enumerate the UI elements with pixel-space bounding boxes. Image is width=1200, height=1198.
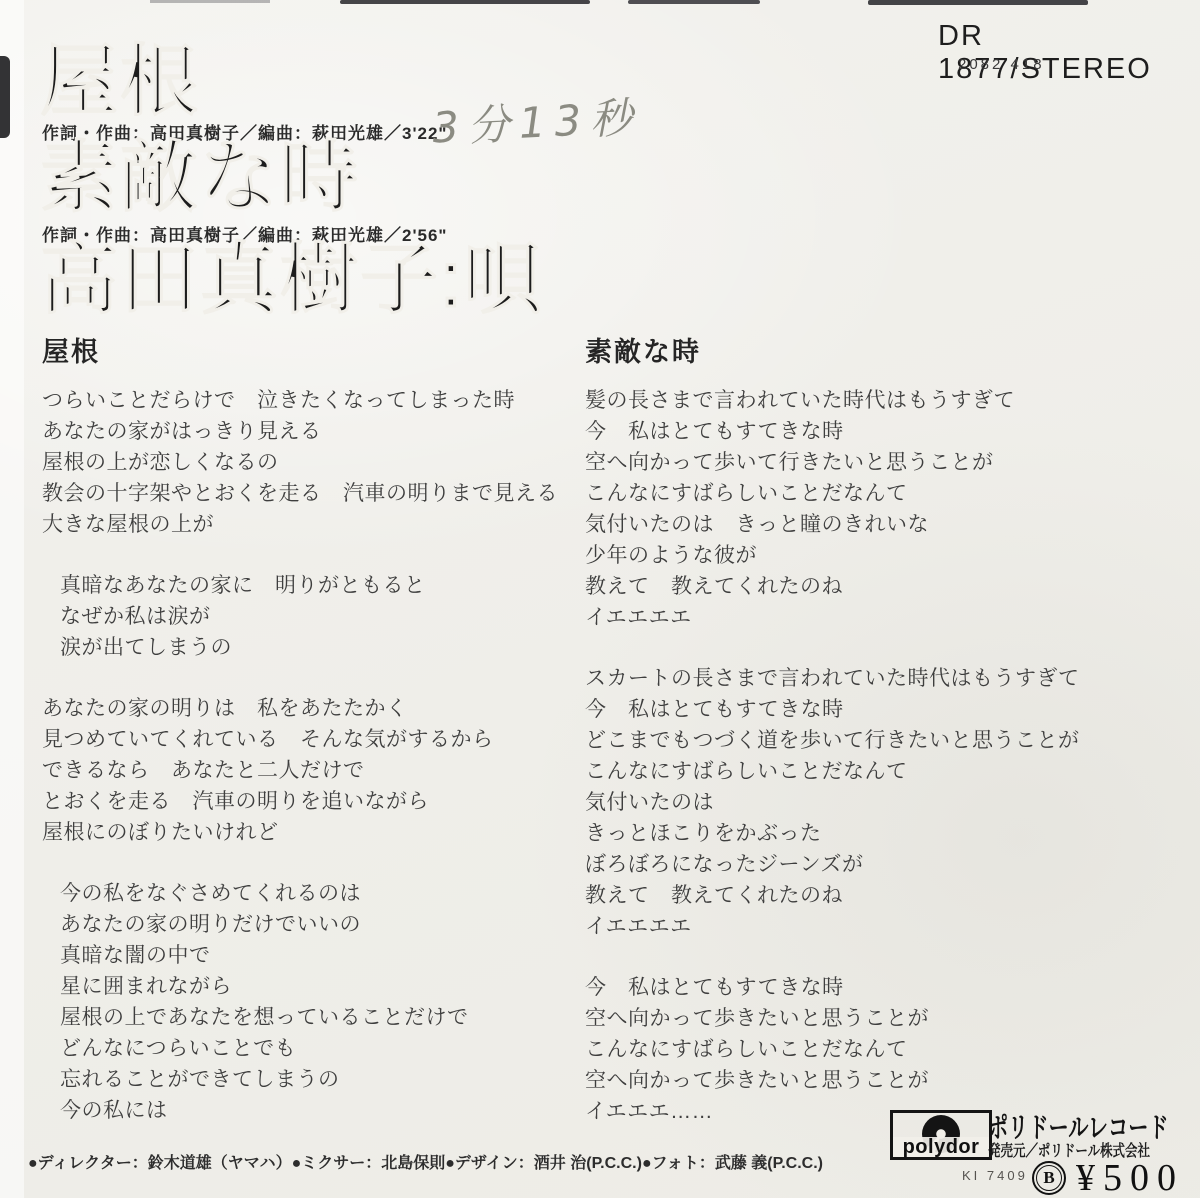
lyric-line: 真暗な闇の中で — [60, 940, 572, 971]
lyric-line: 屋根の上であなたを想っていることだけで — [60, 1002, 572, 1033]
lyric-line: こんなにすばらしいことだなんて — [585, 478, 1175, 509]
scan-edge-artifact — [868, 0, 1088, 5]
lyric-line: 教会の十字架やとおくを走る 汽車の明りまで見える — [42, 478, 572, 509]
polydor-logo: polydor — [890, 1110, 992, 1160]
lyric-line: なぜか私は涙が — [60, 601, 572, 632]
circled-b-price-mark: B — [1032, 1161, 1066, 1195]
price-mark-letter: B — [1036, 1165, 1062, 1191]
lyric-line: スカートの長さまで言われていた時代はもうすぎて — [585, 663, 1175, 694]
lyric-line: 大きな屋根の上が — [42, 509, 572, 540]
artist-vocal-line: 高田真樹子:唄 — [40, 240, 544, 318]
lyric-line: 涙が出てしまうの — [60, 632, 572, 663]
lyric-line: 今 私はとてもすてきな時 — [585, 694, 1175, 725]
lyric-line: 今 私はとてもすてきな時 — [585, 972, 1175, 1003]
record-sleeve-back: DR 1877/STEREO 2082 418 屋根 作詞・作曲：高田真樹子／編… — [0, 0, 1200, 1198]
lyric-line: どんなにつらいことでも — [60, 1033, 572, 1064]
lyrics-heading-yane: 屋根 — [42, 330, 572, 369]
lyric-line: 髪の長さまで言われていた時代はもうすぎて — [585, 385, 1175, 416]
pressing-code: KI 7409 — [962, 1168, 1028, 1183]
lyric-line: 空へ向かって歩きたいと思うことが — [585, 1003, 1175, 1034]
lyric-line: 気付いたのは — [585, 787, 1175, 818]
lyrics-stanza: 今 私はとてもすてきな時空へ向かって歩きたいと思うことがこんなにすばらしいことだ… — [585, 972, 1175, 1127]
lyric-line: 忘れることができてしまうの — [60, 1064, 572, 1095]
song-title-yane: 屋根 — [40, 42, 200, 120]
lyrics-stanza: あなたの家の明りは 私をあたたかく見つめていてくれている そんな気がするからでき… — [42, 693, 572, 848]
lyric-line: 今 私はとてもすてきな時 — [585, 416, 1175, 447]
production-credits: ●ディレクター：鈴木道雄（ヤマハ）●ミクサー：北島保則●デザイン：酒井 治(P.… — [28, 1150, 823, 1173]
lyrics-stanza: スカートの長さまで言われていた時代はもうすぎて今 私はとてもすてきな時どこまでも… — [585, 663, 1175, 942]
lyric-line: できるなら あなたと二人だけで — [42, 755, 572, 786]
lyric-line: 屋根にのぼりたいけれど — [42, 817, 572, 848]
lyric-line: あなたの家の明りは 私をあたたかく — [42, 693, 572, 724]
lyrics-stanza: 髪の長さまで言われていた時代はもうすぎて今 私はとてもすてきな時空へ向かって歩い… — [585, 385, 1175, 633]
lyric-line: 気付いたのは きっと瞳のきれいな — [585, 509, 1175, 540]
handwritten-duration-note: 3分13秒 — [431, 85, 643, 156]
lyrics-stanza: 真暗なあなたの家に 明りがともるとなぜか私は涙が涙が出てしまうの — [42, 570, 572, 663]
lyric-line: 見つめていてくれている そんな気がするから — [42, 724, 572, 755]
lyric-line: 教えて 教えてくれたのね — [585, 880, 1175, 911]
lyric-line: 星に囲まれながら — [60, 971, 572, 1002]
polydor-wordmark: polydor — [893, 1137, 989, 1157]
lyrics-column-yane: 屋根 つらいことだらけで 泣きたくなってしまった時あなたの家がはっきり見える屋根… — [42, 330, 572, 1126]
lyric-line: 少年のような彼が — [585, 540, 1175, 571]
lyrics-column-sutekinatoki: 素敵な時 髪の長さまで言われていた時代はもうすぎて今 私はとてもすてきな時空へ向… — [585, 330, 1175, 1127]
lyric-line: イエエエエ — [585, 602, 1175, 633]
lyric-line: どこまでもつづく道を歩いて行きたいと思うことが — [585, 725, 1175, 756]
lyric-line: 教えて 教えてくれたのね — [585, 571, 1175, 602]
lyrics-stanza: 今の私をなぐさめてくれるのはあなたの家の明りだけでいいの真暗な闇の中で星に囲まれ… — [42, 878, 572, 1126]
lyric-line: ぼろぼろになったジーンズが — [585, 849, 1175, 880]
lyrics-stanza: つらいことだらけで 泣きたくなってしまった時あなたの家がはっきり見える屋根の上が… — [42, 385, 572, 540]
lyric-line: 屋根の上が恋しくなるの — [42, 447, 572, 478]
lyric-line: あなたの家の明りだけでいいの — [60, 909, 572, 940]
lyrics-body-yane: つらいことだらけで 泣きたくなってしまった時あなたの家がはっきり見える屋根の上が… — [42, 385, 572, 1126]
price: ¥500 — [1076, 1156, 1184, 1198]
lyric-line: 空へ向かって歩きたいと思うことが — [585, 1065, 1175, 1096]
lyric-line: きっとほこりをかぶった — [585, 818, 1175, 849]
scan-edge-band — [0, 0, 24, 1198]
scan-edge-artifact — [0, 56, 10, 138]
scan-edge-artifact — [150, 0, 270, 3]
lyric-line: 今の私には — [60, 1095, 572, 1126]
lyric-line: つらいことだらけで 泣きたくなってしまった時 — [42, 385, 572, 416]
song-title-sutekinatoki: 素敵な時 — [40, 138, 360, 216]
lyric-line: 真暗なあなたの家に 明りがともると — [60, 570, 572, 601]
lyrics-body-sutekinatoki: 髪の長さまで言われていた時代はもうすぎて今 私はとてもすてきな時空へ向かって歩い… — [585, 385, 1175, 1127]
lyric-line: 今の私をなぐさめてくれるのは — [60, 878, 572, 909]
scan-edge-artifact — [628, 0, 760, 4]
price-line: B ¥500 — [1032, 1156, 1184, 1198]
lyric-line: 空へ向かって歩いて行きたいと思うことが — [585, 447, 1175, 478]
lyric-line: イエエエエ — [585, 911, 1175, 942]
lyric-line: あなたの家がはっきり見える — [42, 416, 572, 447]
scan-edge-artifact — [340, 0, 590, 4]
lyric-line: こんなにすばらしいことだなんて — [585, 756, 1175, 787]
catalog-number: DR 1877/STEREO — [938, 20, 1200, 86]
stamper-number: 2082 418 — [958, 56, 1045, 73]
lyrics-heading-sutekinatoki: 素敵な時 — [585, 330, 1175, 369]
lyric-line: とおくを走る 汽車の明りを追いながら — [42, 786, 572, 817]
lyric-line: こんなにすばらしいことだなんて — [585, 1034, 1175, 1065]
